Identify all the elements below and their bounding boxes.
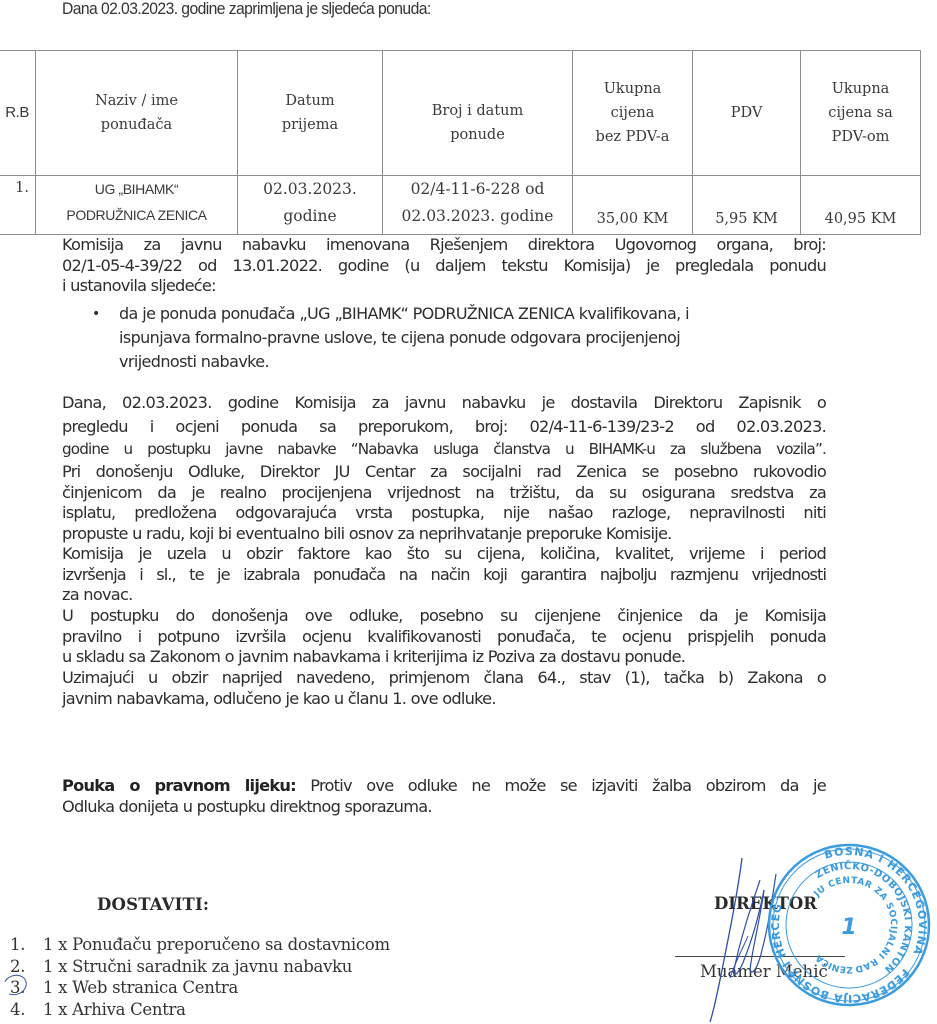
header-date-received: Datumprijema	[238, 51, 383, 176]
svg-text:ZENIČKO-DOBOJSKI KANTON: ZENIČKO-DOBOJSKI KANTON	[789, 847, 931, 978]
header-offer-number-date: Broj i datumponude	[383, 51, 573, 176]
paragraph-criteria: Komisija je uzela u obzir faktore kao št…	[62, 544, 826, 606]
delivery-item: 4.1 x Arhiva Centra	[10, 999, 390, 1021]
paragraph-line: i ustanovila sljedeće:	[62, 276, 826, 297]
table-header-row: R.B Naziv / imeponuđača Datumprijema Bro…	[0, 51, 921, 176]
paragraph-commission: Komisija za javnu nabavku imenovana Rješ…	[62, 235, 826, 297]
bullet-text: da je ponuda ponuđača „UG „BIHAMK“ PODRU…	[119, 302, 769, 374]
header-bidder-name: Naziv / imeponuđača	[36, 51, 238, 176]
legal-remedy: Pouka o pravnom lijeku: Protiv ove odluk…	[62, 776, 826, 817]
legal-remedy-label: Pouka o pravnom lijeku:	[62, 776, 296, 795]
bullet-line: vrijednosti nabavke.	[119, 350, 769, 374]
paragraph-line: propuste u radu, koji bi eventualno bili…	[62, 524, 826, 545]
paragraph-line: pravilno i potpuno izvršila ocjenu kvali…	[62, 627, 826, 648]
intro-text: Dana 02.03.2023. godine zaprimljena je s…	[62, 0, 431, 19]
header-price-with-vat: Ukupnacijena saPDV-om	[801, 51, 921, 176]
offers-table: R.B Naziv / imeponuđača Datumprijema Bro…	[0, 50, 921, 235]
paragraph-line: isplatu, predložena odgovarajuća vrsta p…	[62, 503, 826, 524]
paragraph-line: U postupku do donošenja ove odluke, pose…	[62, 606, 826, 627]
paragraph-line: godine u postupku javne nabavke “Nabavka…	[62, 438, 826, 462]
bullet-line: da je ponuda ponuđača „UG „BIHAMK“ PODRU…	[119, 302, 769, 326]
paragraph-line: Uzimajući u obzir naprijed navedeno, pri…	[62, 668, 826, 689]
paragraph-line: Komisija je uzela u obzir faktore kao št…	[62, 544, 826, 565]
bullet-line: ispunjava formalno-pravne uslove, te cij…	[119, 326, 769, 350]
paragraph-conclusion: Uzimajući u obzir naprijed navedeno, pri…	[62, 668, 826, 709]
paragraph-report: Dana, 02.03.2023. godine Komisija za jav…	[62, 391, 826, 462]
header-rb: R.B	[0, 51, 36, 176]
cell-date-received: 02.03.2023.godine	[238, 176, 383, 235]
delivery-title: DOSTAVITI:	[97, 895, 209, 914]
delivery-list: 1.1 x Ponuđaču preporučeno sa dostavnico…	[10, 934, 390, 1020]
cell-vat: 5,95 KM	[693, 176, 801, 235]
header-price-without-vat: Ukupnacijenabez PDV-a	[573, 51, 693, 176]
svg-text:ZENICA: ZENICA	[813, 951, 856, 978]
paragraph-line: javnim nabavkama, odlučeno je kao u član…	[62, 689, 826, 710]
paragraph-line: činjenicom da je realno procijenjena vri…	[62, 483, 826, 504]
delivery-item: 2.1 x Stručni saradnik za javnu nabavku	[10, 956, 390, 978]
paragraph-line: Pri donošenju Odluke, Direktor JU Centar…	[62, 462, 826, 483]
cell-offer-number-date: 02/4-11-6-228 od02.03.2023. godine	[383, 176, 573, 235]
svg-text:BOSNA I HERCEGOVINA: BOSNA I HERCEGOVINA	[800, 842, 932, 957]
header-vat: PDV	[693, 51, 801, 176]
paragraph-evaluation: U postupku do donošenja ove odluke, pose…	[62, 606, 826, 668]
bullet-icon: •	[92, 302, 100, 326]
cell-price-with-vat: 40,95 KM	[801, 176, 921, 235]
paragraph-line: za novac.	[62, 585, 826, 606]
stamp-number: 1	[841, 915, 856, 940]
legal-remedy-line: Odluka donijeta u postupku direktnog spo…	[62, 797, 826, 818]
delivery-item: 3.1 x Web stranica Centra	[10, 977, 390, 999]
table-row: 1. UG „BIHAMK“PODRUŽNICA ZENICA 02.03.20…	[0, 176, 921, 235]
paragraph-line: u skladu sa Zakonom o javnim nabavkama i…	[62, 647, 826, 668]
cell-rb: 1.	[0, 176, 36, 235]
paragraph-line: pregledu i ocjeni ponuda sa preporukom, …	[62, 415, 826, 439]
legal-remedy-text: Protiv ove odluke ne može se izjaviti ža…	[296, 776, 826, 795]
paragraph-line: Dana, 02.03.2023. godine Komisija za jav…	[62, 391, 826, 415]
paragraph-line: izvršenja i sl., te je izabrala ponuđača…	[62, 565, 826, 586]
official-stamp: BOSNA I HERCEGOVINA FEDERACIJA BOSNE I H…	[766, 842, 932, 1008]
paragraph-director: Pri donošenju Odluke, Direktor JU Centar…	[62, 462, 826, 544]
paragraph-line: Komisija za javnu nabavku imenovana Rješ…	[62, 235, 826, 256]
paragraph-line: 02/1-05-4-39/22 od 13.01.2022. godine (u…	[62, 256, 826, 277]
cell-price-without-vat: 35,00 KM	[573, 176, 693, 235]
delivery-item: 1.1 x Ponuđaču preporučeno sa dostavnico…	[10, 934, 390, 956]
legal-remedy-line: Pouka o pravnom lijeku: Protiv ove odluk…	[62, 776, 826, 797]
cell-bidder-name: UG „BIHAMK“PODRUŽNICA ZENICA	[36, 176, 238, 235]
